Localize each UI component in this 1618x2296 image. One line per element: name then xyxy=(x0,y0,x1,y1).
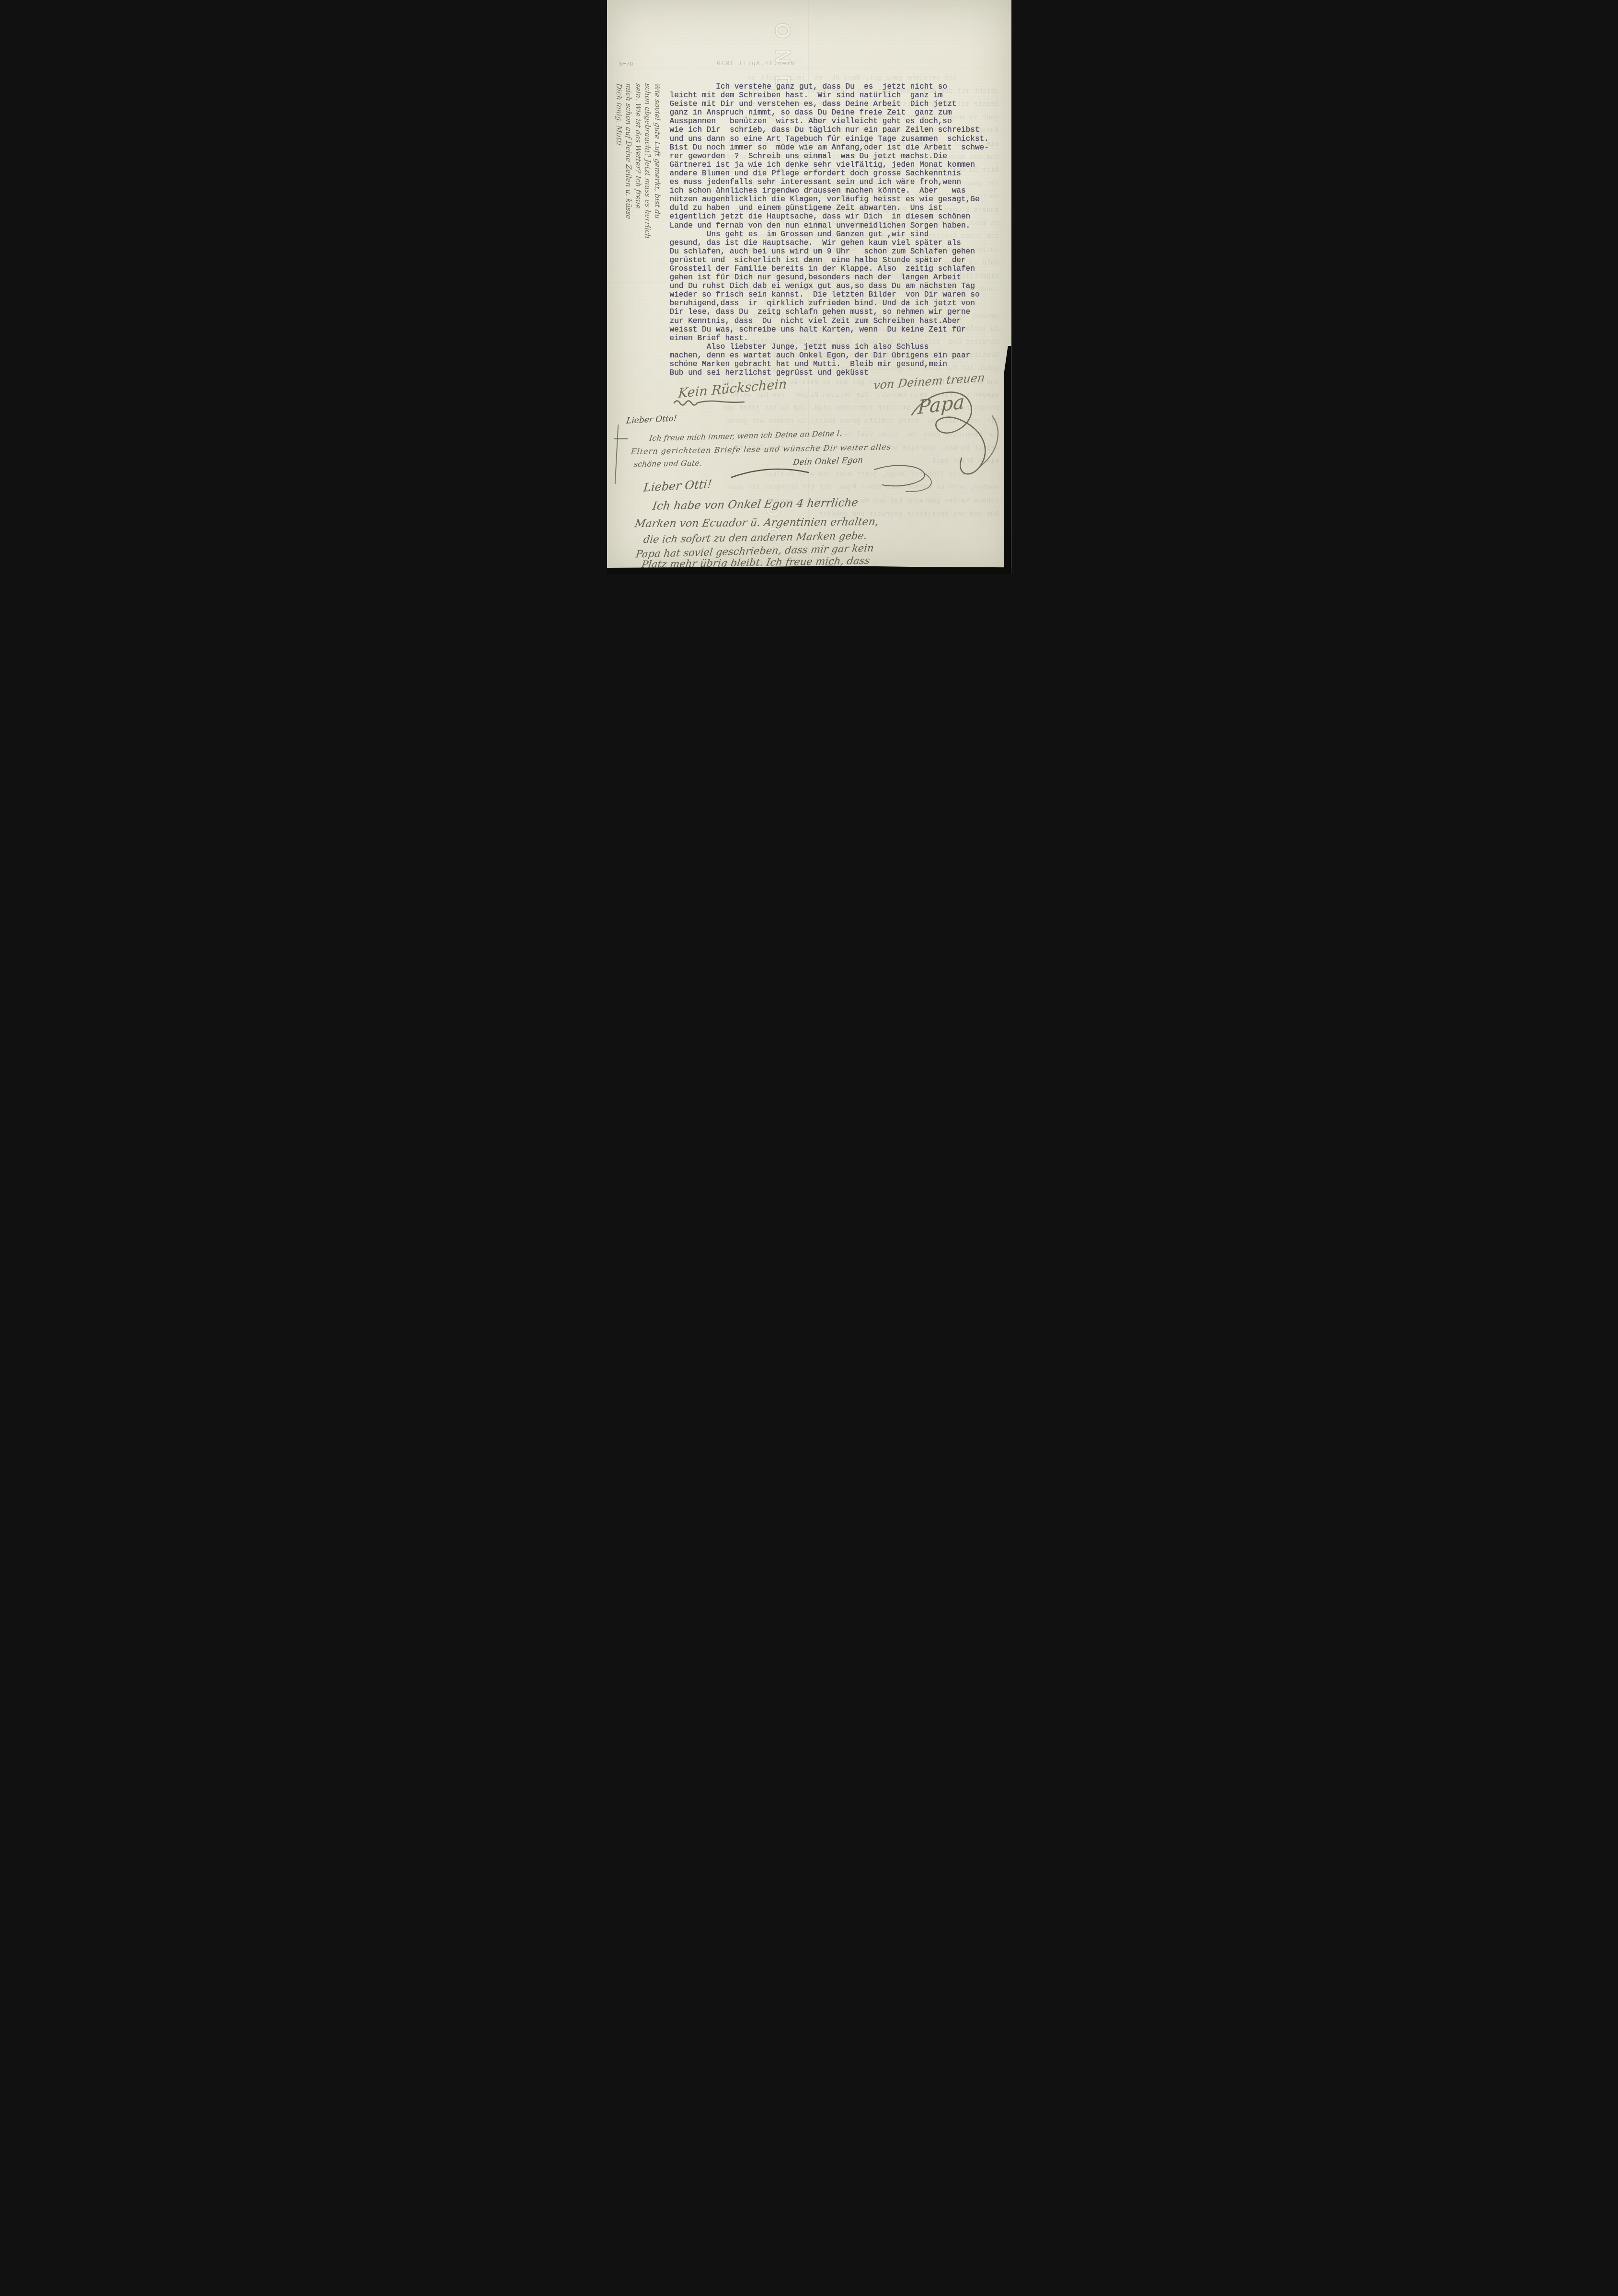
typed-line: Uns geht es im Grossen und Ganzen gut ,w… xyxy=(670,230,1005,239)
margin-note-line: sein. Wie ist das Wetter? Ich freue xyxy=(633,83,643,400)
typed-line: gesund, das ist die Hauptsache. Wir gehe… xyxy=(670,239,1005,247)
typed-line: es muss jedenfalls sehr interessant sein… xyxy=(670,178,1005,186)
fold-crease-horizontal-top xyxy=(607,69,1011,70)
margin-note-line: mich schon auf Deine Zeilen u. küsse xyxy=(624,83,633,400)
typed-line: Ich verstehe ganz gut, dass Du es jetzt … xyxy=(670,82,1005,91)
typed-line: einen Brief hast. xyxy=(670,334,1005,343)
archive-pencil-note: N=70 xyxy=(620,61,633,68)
typed-line: andere Blumen und die Pflege erfordert d… xyxy=(670,169,1005,178)
typed-line: leicht mit dem Schreiben hast. Wir sind … xyxy=(670,91,1005,100)
typed-line: Grossteil der Familie bereits in der Kla… xyxy=(670,264,1005,273)
typed-line: nützen augenblicklich die Klagen, vorläu… xyxy=(670,195,1005,204)
typed-letter-body: Ich verstehe ganz gut, dass Du es jetzt … xyxy=(670,82,1005,377)
margin-note-line: Wie soviel gute Luft gemerkt, bist du xyxy=(653,83,662,400)
typed-line: weisst Du was, schreibe uns halt Karten,… xyxy=(670,325,1005,334)
typed-line: Geiste mit Dir und verstehen es, dass De… xyxy=(670,100,1005,108)
typed-line: und Du ruhst Dich dab ei wenigx gut aus,… xyxy=(670,282,1005,290)
margin-note-line: Dich innig. Mutti xyxy=(614,83,624,400)
typed-line: machen, denn es wartet auch Onkel Egon, … xyxy=(670,351,1005,360)
typed-line: gehen ist für Dich nur gesund,besonders … xyxy=(670,273,1005,282)
typed-line: beruhigend,dass ir qirklich zufrieden bi… xyxy=(670,299,1005,308)
bleedthrough-date: Wien.14.April 1939 xyxy=(716,60,795,68)
typed-line: Ausspannen benützen wirst. Aber vielleic… xyxy=(670,117,1005,126)
scanned-letter-page: O N D O G Wien.14.April 1939 Ich versteh… xyxy=(607,0,1011,574)
egon-line: schöne und Gute. xyxy=(633,459,702,469)
typed-line: Dir lese, dass Du zeitg schlafn gehen mu… xyxy=(670,308,1005,316)
typed-line: gerüstet und sicherlich ist dann eine ha… xyxy=(670,256,1005,264)
typed-line: und uns dann so eine Art Tagebuch für ei… xyxy=(670,135,1005,143)
pen-stroke-arc xyxy=(729,466,811,479)
typed-line: eigentlich jetzt die Hauptsache, dass wi… xyxy=(670,212,1005,221)
typed-line: duld zu haben und einem günstigeme Zeit … xyxy=(670,204,1005,212)
typed-line: schöne Marken gebracht hat und Mutti. Bl… xyxy=(670,360,1005,368)
typed-line: wie ich Dir schrieb, dass Du täglich nur… xyxy=(670,126,1005,134)
typed-line: wieder so frisch sein kannst. Die letzte… xyxy=(670,290,1005,299)
egon-signature-flourish xyxy=(866,461,947,494)
typed-line: Also liebster Junge, jetzt muss ich also… xyxy=(670,343,1005,351)
typed-line: zur Kenntnis, dass Du nicht viel Zeit zu… xyxy=(670,317,1005,325)
typed-line: Lande und fernab von den nun einmal unve… xyxy=(670,221,1005,230)
typed-line: ganz in Anspruch nimmt, so dass Du Deine… xyxy=(670,108,1005,117)
mutti-line: Marken von Ecuador ü. Argentinien erhalt… xyxy=(634,516,880,530)
typed-line: Du schlafen, auch bei uns wird um 9 Uhr … xyxy=(670,247,1005,256)
margin-note-line: schon abgebraucht? Jetzt muss es herrlic… xyxy=(643,83,653,400)
typed-line: Gärtnerei ist ja wie ich denke sehr viel… xyxy=(670,161,1005,169)
margin-note-vertical: Wie soviel gute Luft gemerkt, bist dusch… xyxy=(614,83,662,400)
scan-edge-right xyxy=(1004,346,1011,574)
typed-line: Bist Du noch immer so müde wie am Anfang… xyxy=(670,143,1005,152)
typed-line: rer geworden ? Schreib uns einmal was Du… xyxy=(670,152,1005,161)
typed-line: ich schon ähnliches irgendwo draussen ma… xyxy=(670,186,1005,195)
pen-stroke-dash xyxy=(614,438,628,439)
kein-rueckschein-underline xyxy=(673,398,745,406)
